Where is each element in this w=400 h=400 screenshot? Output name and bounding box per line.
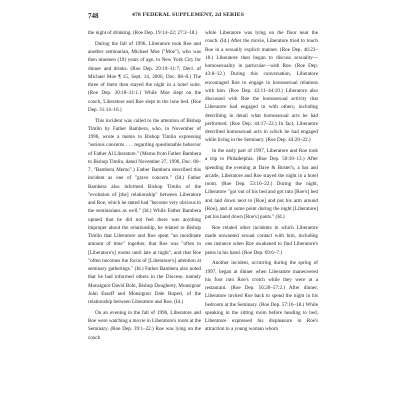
paragraph: On an evening in the fall of 1996, Liber…	[88, 309, 201, 342]
paragraph: This incident was called to the attentio…	[88, 117, 201, 307]
paragraph: During the fall of 1996, Liberatore took…	[88, 40, 201, 114]
left-column: the night of drinking. (Roe Dep. 19:14–2…	[88, 29, 201, 344]
right-column: while Liberatore was lying on the floor …	[205, 29, 318, 336]
document-page: 748 478 FEDERAL SUPPLEMENT, 2d SERIES th…	[0, 0, 400, 400]
paragraph: the night of drinking. (Roe Dep. 19:14–2…	[88, 29, 201, 37]
running-head: 478 FEDERAL SUPPLEMENT, 2d SERIES	[132, 12, 244, 18]
page-header: 748 478 FEDERAL SUPPLEMENT, 2d SERIES	[88, 12, 318, 22]
paragraph: Another incident, occurring during the s…	[205, 259, 318, 333]
paragraph: In the early part of 1997, Liberatore an…	[205, 147, 318, 221]
page-number: 748	[88, 12, 99, 20]
paragraph: while Liberatore was lying on the floor …	[205, 29, 318, 145]
paragraph: Roe related other incidents in which Lib…	[205, 224, 318, 257]
